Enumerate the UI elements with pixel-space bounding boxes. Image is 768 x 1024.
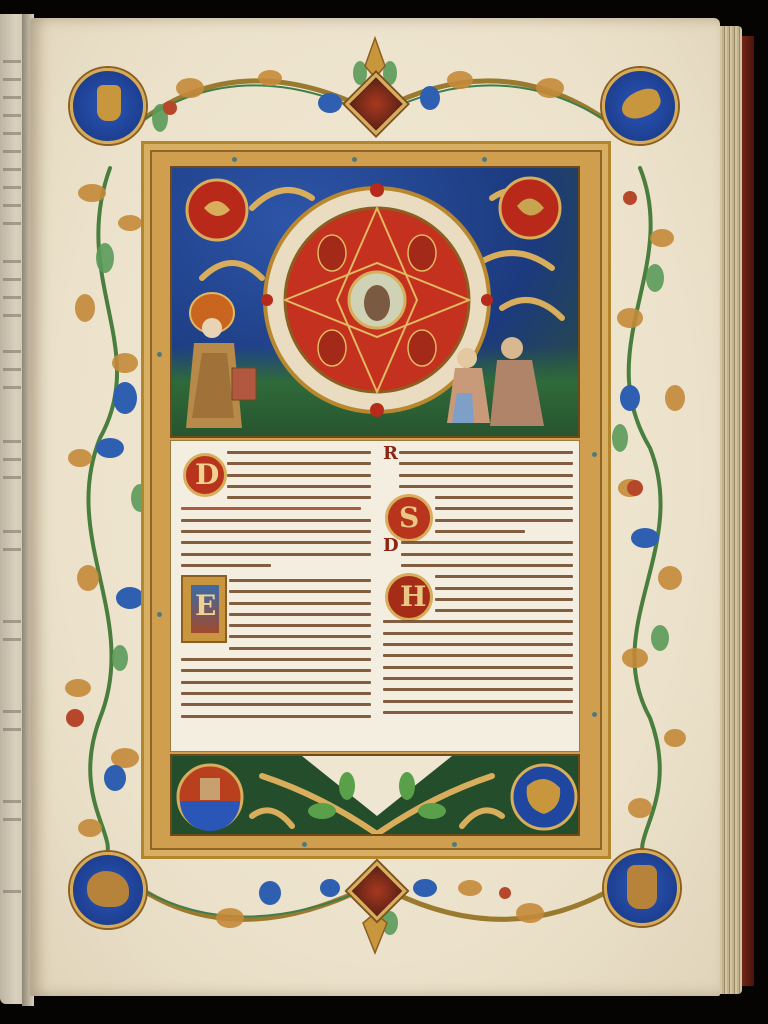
roundel-bottom-right xyxy=(604,850,680,926)
roundel-top-right xyxy=(602,68,678,144)
roundel-top-left xyxy=(70,68,146,144)
bottom-decorative-panel xyxy=(170,754,580,836)
left-page-text xyxy=(0,60,24,940)
bird-icon xyxy=(618,85,664,123)
initial-roundel: D xyxy=(183,453,227,497)
text-column-left: D E xyxy=(181,451,371,726)
roundel-bottom-left xyxy=(70,852,146,928)
beast-icon xyxy=(87,871,129,907)
text-column-right: R S D H xyxy=(383,451,573,722)
historiated-initial: E xyxy=(181,575,227,643)
text-block: D E R S D H xyxy=(170,440,580,752)
vessel-icon xyxy=(97,85,121,121)
acanthus-scrollwork xyxy=(172,756,580,836)
vessel-icon xyxy=(627,865,657,909)
miniature-painting xyxy=(170,166,580,438)
miniature-scrollwork xyxy=(172,168,580,438)
initial-roundel: H xyxy=(385,573,433,621)
